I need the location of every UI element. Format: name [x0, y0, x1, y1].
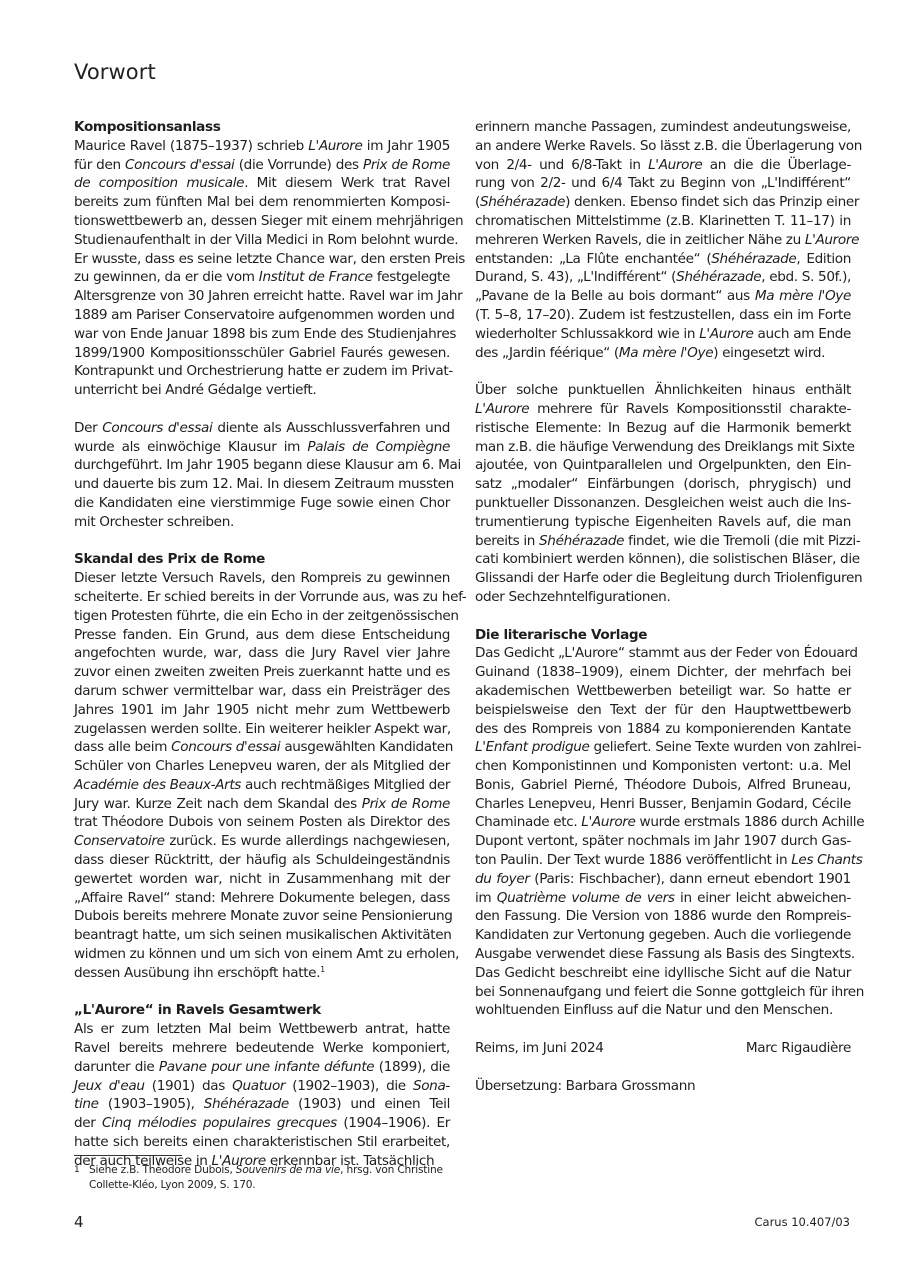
text-line: durchgeführt. Im Jahr 1905 begann diese …: [74, 456, 450, 475]
text-line: L'Aurore mehrere für Ravels Kompositions…: [475, 400, 851, 419]
text-line: Der Concours d'essai diente als Ausschlu…: [74, 419, 450, 438]
text-line: hatte sich bereits einen charakteristisc…: [74, 1133, 450, 1152]
section-heading: Kompositionsanlass: [74, 118, 450, 137]
text-line: wurde als einwöchige Klausur im Palais d…: [74, 438, 450, 457]
text-line: Académie des Beaux-Arts auch rechtmäßige…: [74, 776, 450, 795]
text-line: erinnern manche Passagen, zumindest ande…: [475, 118, 851, 137]
text-line: bei Sonnenaufgang und feiert die Sonne g…: [475, 983, 851, 1002]
text-line: scheiterte. Er schied bereits in der Vor…: [74, 588, 450, 607]
text-line: ton Paulin. Der Text wurde 1886 veröffen…: [475, 851, 851, 870]
text-line: bereits in Shéhérazade findet, wie die T…: [475, 532, 851, 551]
text-line: des des Rompreis von 1884 zu komponieren…: [475, 720, 851, 739]
text-line: zu gewinnen, da er die vom Institut de F…: [74, 268, 450, 287]
text-line: chen Komponistinnen und Komponisten vert…: [475, 757, 851, 776]
text-line: beispielsweise den Text der für den Haup…: [475, 701, 851, 720]
paragraph: Maurice Ravel (1875–1937) schrieb L'Auro…: [74, 137, 450, 400]
section: erinnern manche Passagen, zumindest ande…: [475, 118, 851, 607]
signature-row: Reims, im Juni 2024Marc Rigaudière: [475, 1039, 851, 1058]
text-line: chromatischen Mittelstimme (z.B. Klarine…: [475, 212, 851, 231]
text-line: trat Théodore Dubois von seinem Posten a…: [74, 813, 450, 832]
text-line: rung von 2/2- und 6/4 Takt zu Beginn von…: [475, 174, 851, 193]
text-line: Kontrapunkt und Orchestrierung hatte er …: [74, 362, 450, 381]
text-line: „Affaire Ravel“ stand: Mehrere Dokumente…: [74, 889, 450, 908]
text-line: für den Concours d'essai (die Vorrunde) …: [74, 156, 450, 175]
page-title: Vorwort: [74, 60, 156, 84]
text-line: entstanden: „La Flûte enchantée“ (Shéhér…: [475, 250, 851, 269]
paragraph: Über solche punktuellen Ähnlichkeiten hi…: [475, 381, 851, 607]
text-line: gewertet worden war, nicht in Zusammenha…: [74, 870, 450, 889]
page-number: 4: [74, 1213, 84, 1231]
text-line: die Kandidaten eine vierstimmige Fuge so…: [74, 494, 450, 513]
text-line: Guinand (1838–1909), einem Dichter, der …: [475, 663, 851, 682]
text-line: im Quatrième volume de vers in einer lei…: [475, 889, 851, 908]
text-line: de composition musicale. Mit diesem Werk…: [74, 174, 450, 193]
text-line: trumentierung typische Eigenheiten Ravel…: [475, 513, 851, 532]
text-line: tigen Protesten führte, die ein Echo in …: [74, 607, 450, 626]
text-line: Ausgabe verwendet diese Fassung als Basi…: [475, 945, 851, 964]
text-line: L'Enfant prodigue geliefert. Seine Texte…: [475, 738, 851, 757]
section-heading: Die literarische Vorlage: [475, 626, 851, 645]
text-line: mit Orchester schreiben.: [74, 513, 450, 532]
text-line: (Shéhérazade) denken. Ebenso findet sich…: [475, 193, 851, 212]
place-date: Reims, im Juni 2024: [475, 1039, 604, 1058]
footnote-number: 1: [74, 1163, 80, 1178]
left-column: KompositionsanlassMaurice Ravel (1875–19…: [74, 118, 450, 1171]
text-line: dessen Ausübung ihn erschöpft hatte.1: [74, 964, 450, 983]
text-line: wiederholter Schlussakkord wie in L'Auro…: [475, 325, 851, 344]
text-line: tine (1903–1905), Shéhérazade (1903) und…: [74, 1095, 450, 1114]
text-line: Charles Lenepveu, Henri Busser, Benjamin…: [475, 795, 851, 814]
text-line: Dubois bereits mehrere Monate zuvor sein…: [74, 907, 450, 926]
text-line: unterricht bei André Gédalge vertieft.: [74, 381, 450, 400]
catalog-number: Carus 10.407/03: [755, 1215, 851, 1229]
text-line: akademischen Wettbewerben beteiligt war.…: [475, 682, 851, 701]
section: KompositionsanlassMaurice Ravel (1875–19…: [74, 118, 450, 532]
text-line: Maurice Ravel (1875–1937) schrieb L'Auro…: [74, 137, 450, 156]
text-line: Das Gedicht beschreibt eine idyllische S…: [475, 964, 851, 983]
text-line: widmen zu können und um sich von einem A…: [74, 945, 450, 964]
text-line: 1889 am Pariser Conservatoire aufgenomme…: [74, 306, 450, 325]
text-line: oder Sechzehntelfigurationen.: [475, 588, 851, 607]
translator-credit: Übersetzung: Barbara Grossmann: [475, 1077, 851, 1096]
text-line: Conservatoire zurück. Es wurde allerding…: [74, 832, 450, 851]
text-line: an andere Werke Ravels. So lässt z.B. di…: [475, 137, 851, 156]
text-line: Chaminade etc. L'Aurore wurde erstmals 1…: [475, 813, 851, 832]
section-heading: Skandal des Prix de Rome: [74, 550, 450, 569]
text-line: des „Jardin féérique“ (Ma mère l'Oye) ei…: [475, 344, 851, 363]
text-line: darunter die Pavane pour une infante déf…: [74, 1058, 450, 1077]
text-line: Dieser letzte Versuch Ravels, den Rompre…: [74, 569, 450, 588]
text-line: zugelassen werden sollte. Ein weiterer h…: [74, 720, 450, 739]
text-line: Über solche punktuellen Ähnlichkeiten hi…: [475, 381, 851, 400]
paragraph: Dieser letzte Versuch Ravels, den Rompre…: [74, 569, 450, 983]
paragraph: erinnern manche Passagen, zumindest ande…: [475, 118, 851, 362]
text-line: ristische Elemente: In Bezug auf die Har…: [475, 419, 851, 438]
text-line: du foyer (Paris: Fischbacher), dann erne…: [475, 870, 851, 889]
footnote-text: Siehe z.B. Théodore Dubois, Souvenirs de…: [74, 1163, 454, 1192]
text-line: Altersgrenze von 30 Jahren erreicht hatt…: [74, 287, 450, 306]
footnote-item: 1Siehe z.B. Théodore Dubois, Souvenirs d…: [74, 1163, 454, 1192]
text-line: Er wusste, dass es seine letzte Chance w…: [74, 250, 450, 269]
text-line: der Cinq mélodies populaires grecques (1…: [74, 1114, 450, 1133]
text-line: und dauerte bis zum 12. Mai. In diesem Z…: [74, 475, 450, 494]
text-line: Das Gedicht „L'Aurore“ stammt aus der Fe…: [475, 644, 851, 663]
text-line: „Pavane de la Belle au bois dormant“ aus…: [475, 287, 851, 306]
text-line: bereits zum fünften Mal bei dem renommie…: [74, 193, 450, 212]
text-line: zuvor einen zweiten zweiten Preis zuerka…: [74, 663, 450, 682]
section-heading: „L'Aurore“ in Ravels Gesamtwerk: [74, 1001, 450, 1020]
text-line: Jahres 1901 im Jahr 1905 nicht mehr zum …: [74, 701, 450, 720]
text-line: cati kombiniert werden können), die soli…: [475, 550, 851, 569]
text-line: Bonis, Gabriel Pierné, Théodore Dubois, …: [475, 776, 851, 795]
text-line: (T. 5–8, 17–20). Zudem ist festzustellen…: [475, 306, 851, 325]
text-line: darum schwer vermittelbar war, dass ein …: [74, 682, 450, 701]
author-name: Marc Rigaudière: [746, 1039, 851, 1058]
text-line: Schüler von Charles Lenepveu waren, der …: [74, 757, 450, 776]
text-line: Jury war. Kurze Zeit nach dem Skandal de…: [74, 795, 450, 814]
paragraph: Als er zum letzten Mal beim Wettbewerb a…: [74, 1020, 450, 1170]
text-line: angefochten wurde, war, dass die Jury Ra…: [74, 644, 450, 663]
right-column: erinnern manche Passagen, zumindest ande…: [475, 118, 851, 1095]
text-line: beantragt hatte, um sich seinen musikali…: [74, 926, 450, 945]
text-line: Presse fanden. Ein Grund, aus dem diese …: [74, 626, 450, 645]
text-line: Jeux d'eau (1901) das Quatuor (1902–1903…: [74, 1077, 450, 1096]
text-line: Ravel bereits mehrere bedeutende Werke k…: [74, 1039, 450, 1058]
text-line: Kandidaten zur Vertonung gegeben. Auch d…: [475, 926, 851, 945]
text-line: ajoutée, von Quintparallelen und Orgelpu…: [475, 456, 851, 475]
text-line: punktueller Dissonanzen. Desgleichen wei…: [475, 494, 851, 513]
text-line: Glissandi der Harfe oder die Begleitung …: [475, 569, 851, 588]
text-line: Als er zum letzten Mal beim Wettbewerb a…: [74, 1020, 450, 1039]
section: Skandal des Prix de RomeDieser letzte Ve…: [74, 550, 450, 982]
text-line: war von Ende Januar 1898 bis zum Ende de…: [74, 325, 450, 344]
paragraph: Das Gedicht „L'Aurore“ stammt aus der Fe…: [475, 644, 851, 1020]
text-line: man z.B. die häufige Verwendung des Drei…: [475, 438, 851, 457]
paragraph: Der Concours d'essai diente als Ausschlu…: [74, 419, 450, 532]
text-line: Studienaufenthalt in der Villa Medici in…: [74, 231, 450, 250]
footnote-reference[interactable]: 1: [320, 965, 325, 974]
section: Die literarische VorlageDas Gedicht „L'A…: [475, 626, 851, 1021]
footnote: 1Siehe z.B. Théodore Dubois, Souvenirs d…: [74, 1163, 454, 1192]
text-line: Dupont vertont, später nochmals im Jahr …: [475, 832, 851, 851]
footnote-divider: [74, 1155, 182, 1156]
section: „L'Aurore“ in Ravels GesamtwerkAls er zu…: [74, 1001, 450, 1170]
text-line: den Fassung. Die Version von 1886 wurde …: [475, 907, 851, 926]
text-line: von 2/4- und 6/8-Takt in L'Aurore an die…: [475, 156, 851, 175]
text-line: mehreren Werken Ravels, die in zeitliche…: [475, 231, 851, 250]
text-line: 1899/1900 Kompositionsschüler Gabriel Fa…: [74, 344, 450, 363]
text-line: tionswettbewerb an, dessen Sieger mit ei…: [74, 212, 450, 231]
text-line: wohltuenden Einfluss auf die Natur und d…: [475, 1001, 851, 1020]
text-line: satz „modaler“ Einfärbungen (dorisch, ph…: [475, 475, 851, 494]
text-line: dass alle beim Concours d'essai ausgewäh…: [74, 738, 450, 757]
text-line: dass dieser Rücktritt, der häufig als Sc…: [74, 851, 450, 870]
text-line: Durand, S. 43), „L'Indifférent“ (Shéhéra…: [475, 268, 851, 287]
